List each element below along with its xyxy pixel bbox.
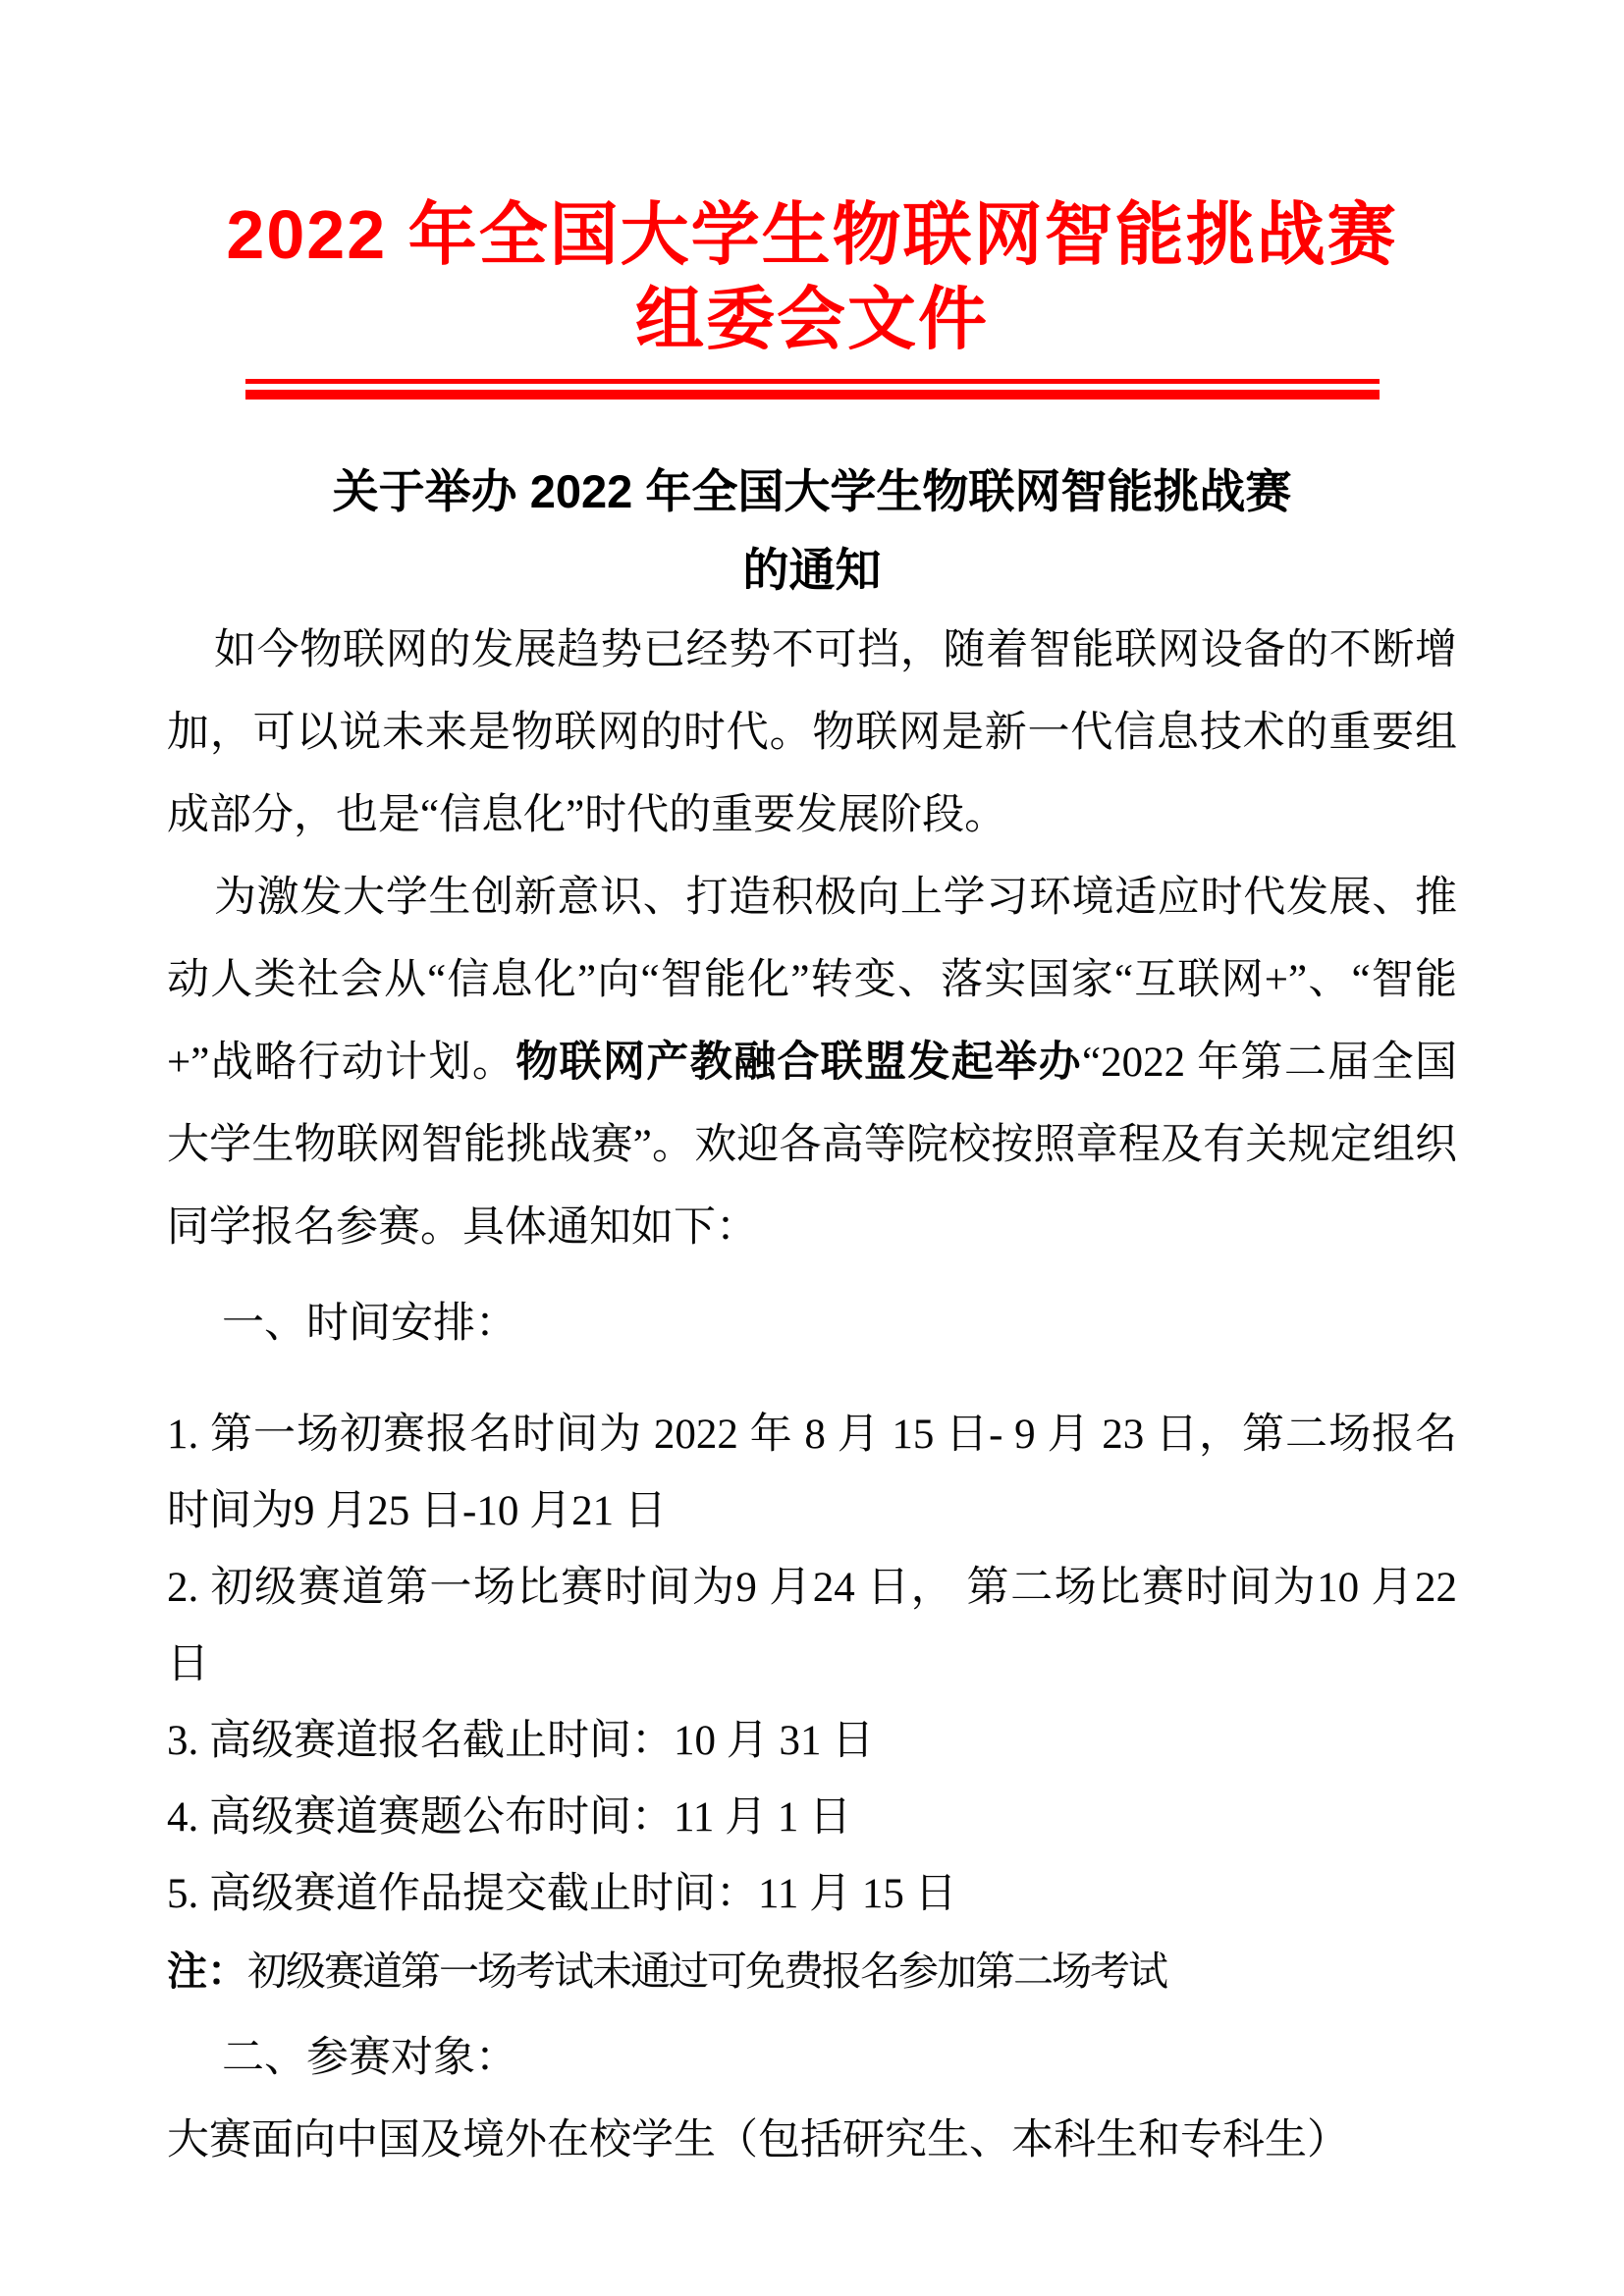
- schedule-note-label: 注：: [167, 1949, 247, 1994]
- schedule-list: 1. 第一场初赛报名时间为 2022 年 8 月 15 日- 9 月 23 日，…: [167, 1397, 1457, 2009]
- intro-paragraph-1: 如今物联网的发展趋势已经势不可挡，随着智能联网设备的不断增加，可以说未来是物联网…: [167, 610, 1457, 857]
- notice-title: 关于举办 2022 年全国大学生物联网智能挑战赛 的通知: [167, 453, 1457, 610]
- notice-title-line2: 的通知: [167, 531, 1457, 610]
- double-red-rule: [245, 379, 1380, 400]
- banner-title-line1: 2022 年全国大学生物联网智能挑战赛: [0, 192, 1624, 277]
- document-page: 2022 年全国大学生物联网智能挑战赛 组委会文件 关于举办 2022 年全国大…: [0, 0, 1624, 2296]
- intro-paragraph-2-bold-phrase: 物联网产教融合联盟发起举办: [515, 1040, 1082, 1086]
- schedule-item-4: 4. 高级赛道赛题公布时间：11 月 1 日: [167, 1780, 1457, 1856]
- document-content: 关于举办 2022 年全国大学生物联网智能挑战赛 的通知 如今物联网的发展趋势已…: [167, 453, 1457, 2182]
- section-heading-schedule: 一、时间安排：: [167, 1283, 1457, 1365]
- schedule-item-5: 5. 高级赛道作品提交截止时间：11 月 15 日: [167, 1856, 1457, 1933]
- banner-title-line2: 组委会文件: [0, 277, 1624, 361]
- schedule-note-text: 初级赛道第一场考试未通过可免费报名参加第二场考试: [247, 1949, 1166, 1994]
- notice-title-line1: 关于举办 2022 年全国大学生物联网智能挑战赛: [167, 453, 1457, 531]
- banner-title: 2022 年全国大学生物联网智能挑战赛 组委会文件: [0, 0, 1624, 361]
- schedule-note: 注：初级赛道第一场考试未通过可免费报名参加第二场考试: [167, 1933, 1457, 2009]
- schedule-item-1: 1. 第一场初赛报名时间为 2022 年 8 月 15 日- 9 月 23 日，…: [167, 1397, 1457, 1550]
- participants-body: 大赛面向中国及境外在校学生（包括研究生、本科生和专科生）: [167, 2100, 1457, 2182]
- schedule-item-2: 2. 初级赛道第一场比赛时间为9 月24 日， 第二场比赛时间为10 月22 日: [167, 1550, 1457, 1703]
- schedule-item-3: 3. 高级赛道报名截止时间：10 月 31 日: [167, 1703, 1457, 1780]
- intro-paragraph-2: 为激发大学生创新意识、打造积极向上学习环境适应时代发展、推动人类社会从“信息化”…: [167, 857, 1457, 1269]
- section-heading-participants: 二、参赛对象：: [167, 2017, 1457, 2100]
